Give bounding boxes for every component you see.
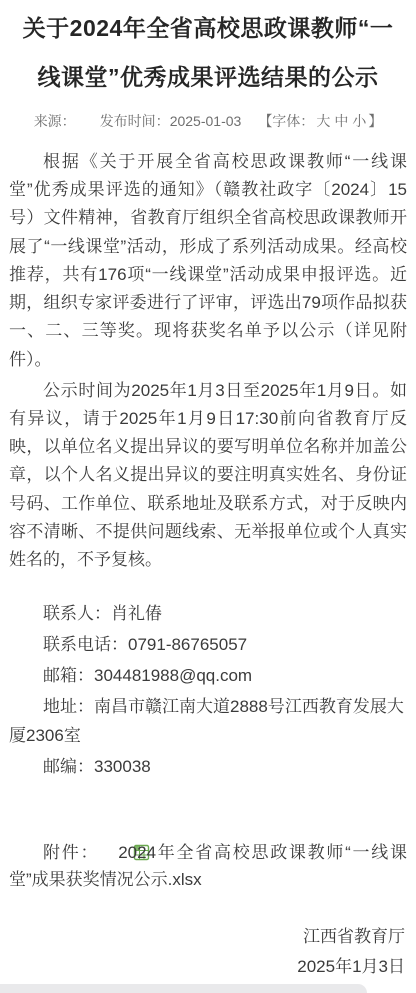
contact-email: 邮箱：304481988@qq.com xyxy=(9,662,407,691)
publish-time: 发布时间：2025-01-03 xyxy=(100,113,242,129)
contact-block: 联系人：肖礼偆 联系电话：0791-86765057 邮箱：304481988@… xyxy=(9,600,407,781)
page-title: 关于2024年全省高校思政课教师“一线课堂”优秀成果评选结果的公示 xyxy=(13,4,403,102)
publish-date: 2025-01-03 xyxy=(170,113,242,129)
attachment-row: 附件：2024年全省高校思政课教师“一线课堂”成果获奖情况公示.xlsx xyxy=(9,839,407,893)
issue-date: 2025年1月3日 xyxy=(9,952,405,982)
meta-bar: 来源：发布时间：2025-01-03【字体：大中小】 xyxy=(9,111,407,131)
issuing-agency: 江西省教育厅 xyxy=(9,922,405,952)
font-size-large[interactable]: 大 xyxy=(316,113,330,129)
contact-phone: 联系电话：0791-86765057 xyxy=(9,631,407,660)
excel-file-icon xyxy=(99,842,116,859)
announcement-body: 根据《关于开展全省高校思政课教师“一线课堂”优秀成果评选的通知》（赣教社政字〔2… xyxy=(9,148,407,574)
font-size-small[interactable]: 小 xyxy=(352,113,366,129)
contact-address: 地址：南昌市赣江南大道2888号江西教育发展大厦2306室 xyxy=(9,693,407,751)
contact-person: 联系人：肖礼偆 xyxy=(9,600,407,629)
font-size-control: 【字体：大中小】 xyxy=(258,113,382,129)
paragraph-objection-period: 公示时间为2025年1月3日至2025年1月9日。如有异议，请于2025年1月9… xyxy=(9,377,407,575)
announcement-page: 关于2024年全省高校思政课教师“一线课堂”优秀成果评选结果的公示 来源：发布时… xyxy=(0,4,416,982)
publish-label: 发布时间： xyxy=(100,113,170,129)
font-size-medium[interactable]: 中 xyxy=(334,113,348,129)
next-section-edge xyxy=(0,984,367,993)
attachment-label: 附件： xyxy=(43,843,99,862)
paragraph-basis: 根据《关于开展全省高校思政课教师“一线课堂”优秀成果评选的通知》（赣教社政字〔2… xyxy=(9,148,407,374)
font-label-open: 【字体： xyxy=(258,113,314,129)
contact-postcode: 邮编：330038 xyxy=(9,753,407,782)
font-label-close: 】 xyxy=(368,113,382,129)
source-label: 来源： xyxy=(34,113,76,129)
document-footer: 江西省教育厅 2025年1月3日 xyxy=(9,922,407,982)
